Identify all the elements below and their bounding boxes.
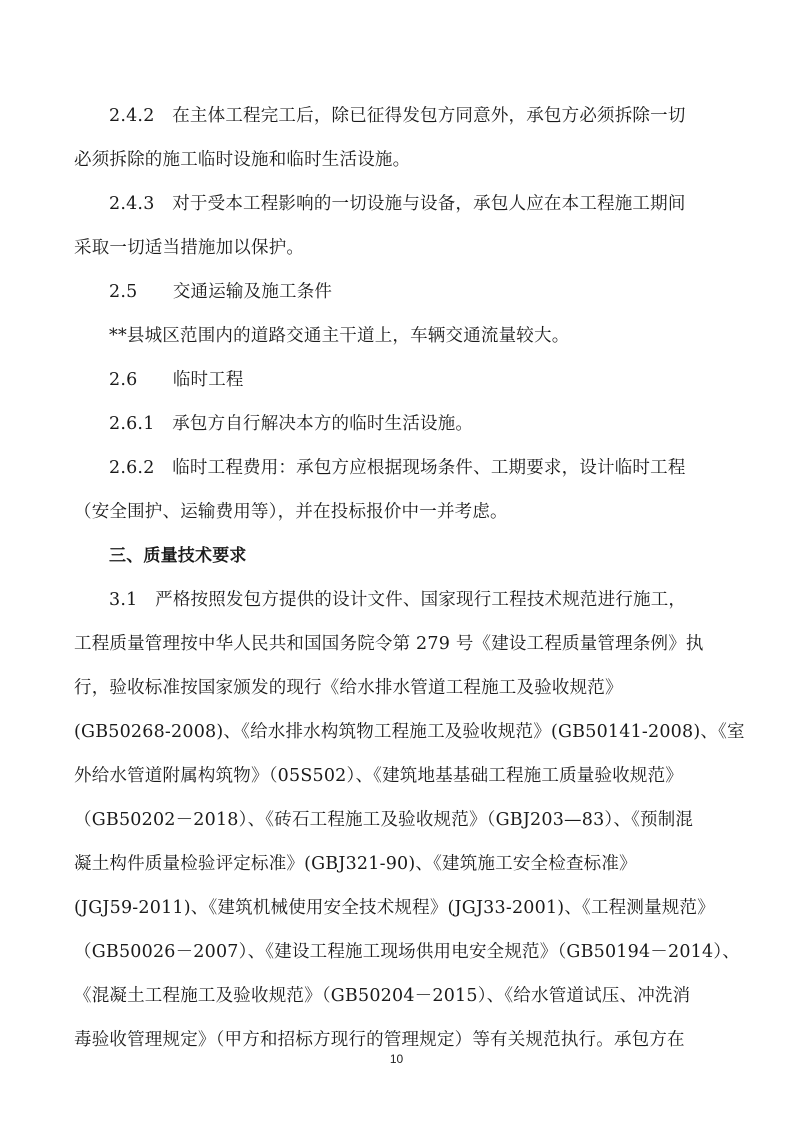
page-number: 10 [0,1052,793,1066]
paragraph-2-4-2-line-1: 2.4.2 在主体工程完工后，除已征得发包方同意外，承包方必须拆除一切 [74,100,722,144]
paragraph-3-1-line-1: 3.1 严格按照发包方提供的设计文件、国家现行工程技术规范进行施工， [74,584,722,628]
paragraph-2-6-2-line-1: 2.6.2 临时工程费用：承包方应根据现场条件、工期要求，设计临时工程 [74,452,722,496]
paragraph-2-5-body: **县城区范围内的道路交通主干道上，车辆交通流量较大。 [74,320,722,364]
paragraph-3-1-line-2: 工程质量管理按中华人民共和国国务院令第 279 号《建设工程质量管理条例》执 [74,628,722,672]
page-body: 2.4.2 在主体工程完工后，除已征得发包方同意外，承包方必须拆除一切 必须拆除… [74,100,722,1068]
section-heading-quality-requirements: 三、质量技术要求 [74,540,722,584]
heading-2-5: 2.5 交通运输及施工条件 [74,276,722,320]
paragraph-2-4-3-line-1: 2.4.3 对于受本工程影响的一切设施与设备，承包人应在本工程施工期间 [74,188,722,232]
document-page: 2.4.2 在主体工程完工后，除已征得发包方同意外，承包方必须拆除一切 必须拆除… [0,0,793,1122]
paragraph-2-4-3-line-2: 采取一切适当措施加以保护。 [74,232,722,276]
paragraph-2-6-2-line-2: （安全围护、运输费用等），并在投标报价中一并考虑。 [74,496,722,540]
heading-2-6: 2.6 临时工程 [74,364,722,408]
paragraph-3-1-line-9: （GB50026－2007）、《建设工程施工现场供用电安全规范》（GB50194… [74,936,722,980]
paragraph-3-1-line-10: 《混凝土工程施工及验收规范》（GB50204－2015）、《给水管道试压、冲洗消 [74,980,722,1024]
paragraph-3-1-line-6: （GB50202－2018）、《砖石工程施工及验收规范》（GBJ203—83）、… [74,804,722,848]
paragraph-3-1-line-7: 凝土构件质量检验评定标准》(GBJ321-90)、《建筑施工安全检查标准》 [74,848,722,892]
paragraph-2-6-1: 2.6.1 承包方自行解决本方的临时生活设施。 [74,408,722,452]
paragraph-2-4-2-line-2: 必须拆除的施工临时设施和临时生活设施。 [74,144,722,188]
paragraph-3-1-line-4: (GB50268-2008)、《给水排水构筑物工程施工及验收规范》(GB5014… [74,716,722,760]
paragraph-3-1-line-5: 外给水管道附属构筑物》（05S502）、《建筑地基基础工程施工质量验收规范》 [74,760,722,804]
paragraph-3-1-line-3: 行，验收标准按国家颁发的现行《给水排水管道工程施工及验收规范》 [74,672,722,716]
paragraph-3-1-line-8: (JGJ59-2011)、《建筑机械使用安全技术规程》(JGJ33-2001)、… [74,892,722,936]
